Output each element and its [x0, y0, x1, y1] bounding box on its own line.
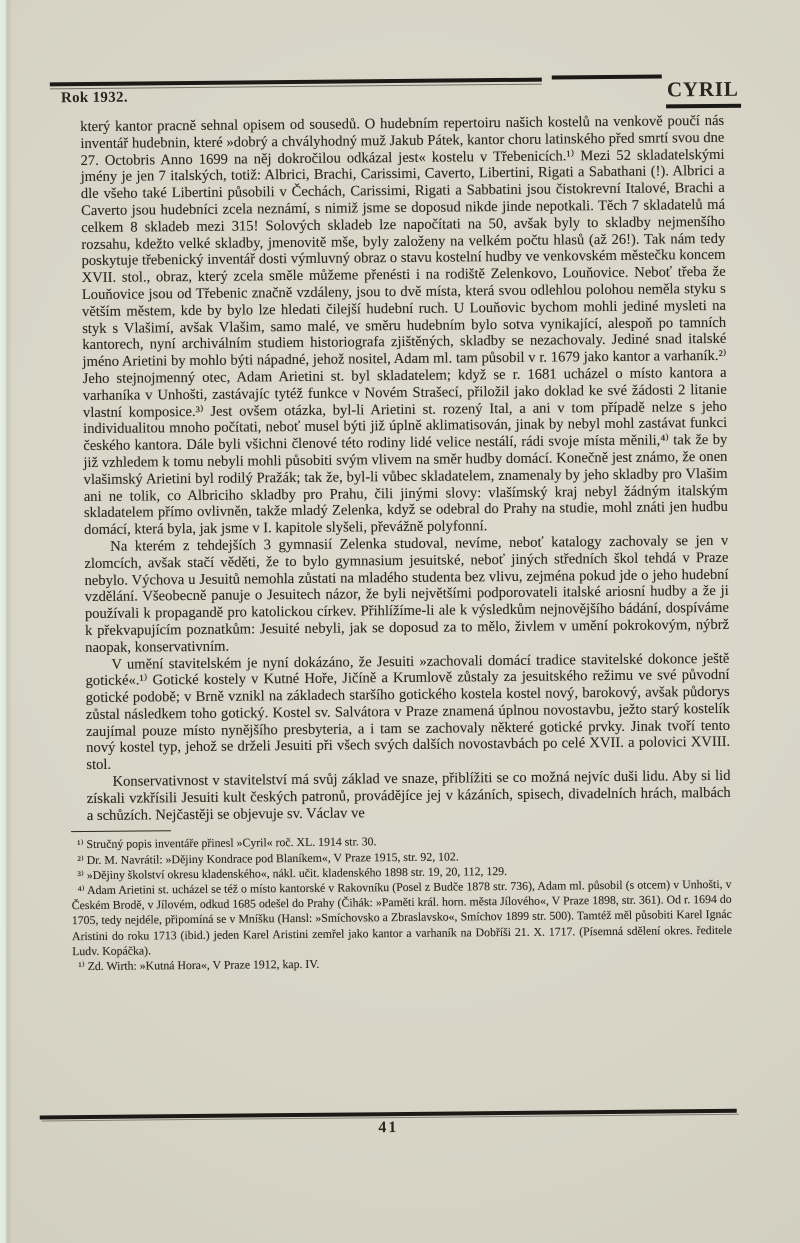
journal-title: CYRIL: [666, 77, 741, 109]
page: Rok 1932. CYRIL který kantor pracně sehn…: [0, 0, 800, 1243]
header-rule-right: [552, 74, 662, 79]
body-paragraph: Na kterém z tehdejších 3 gymnasií Zelenk…: [84, 533, 729, 657]
footnote: ⁴⁾ Adam Arietini st. ucházel se též o mí…: [71, 877, 732, 959]
footnote-separator: [71, 831, 171, 833]
body-paragraph: V umění stavitelském je nyní dokázáno, ž…: [85, 650, 730, 774]
article-body: který kantor pracně sehnal opisem od sou…: [80, 113, 732, 974]
page-content: Rok 1932. CYRIL který kantor pracně sehn…: [0, 0, 800, 1243]
footnotes: ¹⁾ Stručný popis inventáře přinesl »Cyri…: [71, 831, 732, 974]
page-footer: 41: [0, 0, 794, 4]
paragraphs: který kantor pracně sehnal opisem od sou…: [80, 113, 731, 825]
year-label: Rok 1932.: [61, 90, 128, 108]
page-header: Rok 1932. CYRIL: [0, 0, 794, 4]
scanned-journal-page: { "theme":{ "paper":"#d7d4c6", "ink":"#2…: [0, 0, 800, 1243]
header-rule: [50, 78, 542, 87]
body-paragraph: Konservativnost v stavitelství má svůj z…: [86, 768, 730, 825]
body-paragraph: který kantor pracně sehnal opisem od sou…: [80, 113, 728, 539]
